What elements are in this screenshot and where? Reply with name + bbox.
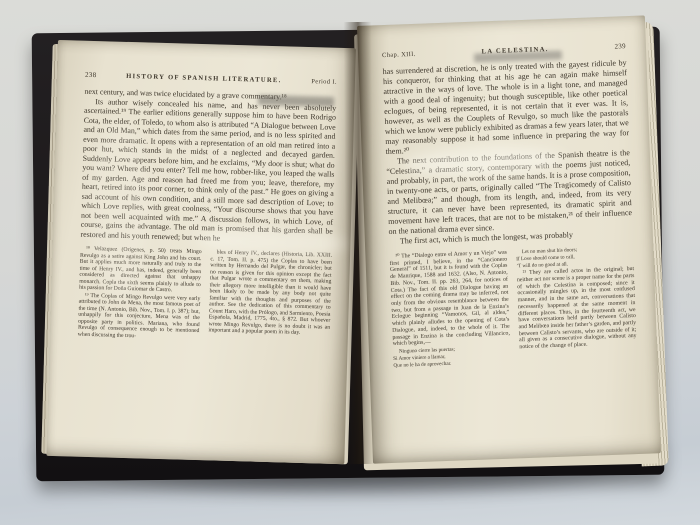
spanish-verse: Ninguno cierre las puertas; Si Amor vini… [393,345,511,370]
smudge-mark-left-page [258,95,334,107]
soft-light-left-page [90,120,150,300]
footnote-20: ²⁰ The “Dialogo entre el Amor y un Viejo… [389,250,510,348]
left-page-number: 238 [85,71,97,79]
footnote-column-right: Let no man shut his doors; If Love shoul… [516,245,638,366]
footnote-column-right: bles of Henry IV., declares (Historia, L… [208,249,332,345]
footnote-19-continued: bles of Henry IV., declares (Historia, L… [208,249,332,337]
right-page-footnotes: ²⁰ The “Dialogo entre el Amor y un Viejo… [389,245,637,370]
footnote-19: ¹⁹ The Coplas of Mingo Revulgo were very… [78,292,201,341]
left-running-title: HISTORY OF SPANISH LITERATURE. [126,73,282,84]
book-photograph: 238 HISTORY OF SPANISH LITERATURE. Perio… [0,0,700,525]
chapter-label: Chap. XIII. [382,51,416,59]
body-paragraph: has surrendered at discretion, he is onl… [383,58,630,157]
right-page: Chap. XIII. LA CELESTINA. 239 has surren… [357,15,661,463]
english-verse: Let no man shut his doors; If Love shoul… [516,245,634,270]
left-page-header: 238 HISTORY OF SPANISH LITERATURE. Perio… [85,71,337,86]
book-gutter-shadow [343,22,374,464]
footnote-column-left: ²⁰ The “Dialogo entre el Amor y un Viejo… [389,250,511,371]
right-page-number: 239 [614,42,626,50]
footnote-21: ²¹ They are called actos in the original… [517,266,637,351]
left-section-label: Period I. [311,78,337,86]
